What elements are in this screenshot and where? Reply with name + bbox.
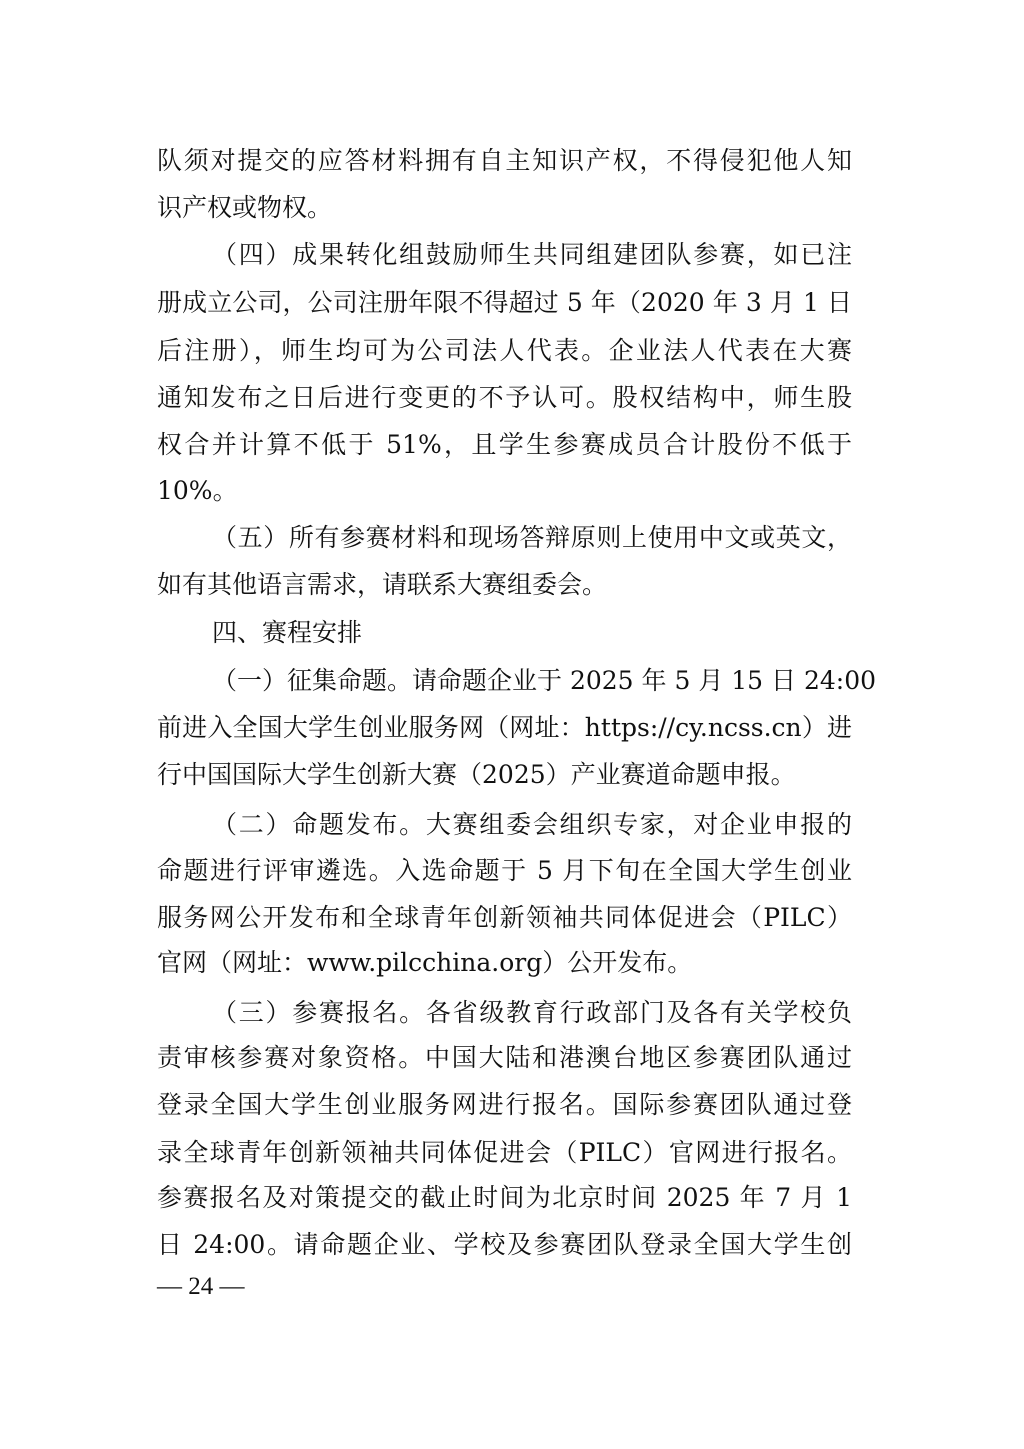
text-line: 官网（网址：www.pilcchina.org）公开发布。 — [157, 946, 852, 980]
schedule-item-2-start: （二）命题发布。大赛组委会组织专家，对企业申报的 — [212, 808, 852, 842]
text-line: 识产权或物权。 — [157, 191, 852, 225]
text-line: 权合并计算不低于 51%，且学生参赛成员合计股份不低于 — [157, 428, 852, 462]
text-line: 登录全国大学生创业服务网进行报名。国际参赛团队通过登 — [157, 1088, 852, 1122]
text-line: 服务网公开发布和全球青年创新领袖共同体促进会（PILC） — [157, 901, 852, 935]
schedule-item-3-start: （三）参赛报名。各省级教育行政部门及各有关学校负 — [212, 996, 852, 1030]
text-line: 册成立公司，公司注册年限不得超过 5 年（2020 年 3 月 1 日 — [157, 286, 852, 320]
text-line: 后注册），师生均可为公司法人代表。企业法人代表在大赛 — [157, 334, 852, 368]
section-heading: 四、赛程安排 — [212, 616, 852, 650]
document-page: 队须对提交的应答材料拥有自主知识产权，不得侵犯他人知 识产权或物权。 （四）成果… — [0, 0, 1024, 1449]
text-line: 命题进行评审遴选。入选命题于 5 月下旬在全国大学生创业 — [157, 854, 852, 888]
text-line: 10%。 — [157, 474, 852, 508]
text-line: 如有其他语言需求，请联系大赛组委会。 — [157, 568, 852, 602]
paragraph-5-start: （五）所有参赛材料和现场答辩原则上使用中文或英文， — [212, 521, 852, 555]
page-number: — 24 — — [157, 1270, 245, 1304]
paragraph-4-start: （四）成果转化组鼓励师生共同组建团队参赛，如已注 — [212, 238, 852, 272]
text-line: 日 24:00。请命题企业、学校及参赛团队登录全国大学生创 — [157, 1228, 852, 1262]
text-line: 录全球青年创新领袖共同体促进会（PILC）官网进行报名。 — [157, 1136, 852, 1170]
text-line: 责审核参赛对象资格。中国大陆和港澳台地区参赛团队通过 — [157, 1041, 852, 1075]
schedule-item-1-start: （一）征集命题。请命题企业于 2025 年 5 月 15 日 24:00 — [212, 664, 852, 698]
text-line: 行中国国际大学生创新大赛（2025）产业赛道命题申报。 — [157, 758, 852, 792]
text-line: 前进入全国大学生创业服务网（网址：https://cy.ncss.cn）进 — [157, 711, 852, 745]
text-line: 参赛报名及对策提交的截止时间为北京时间 2025 年 7 月 1 — [157, 1181, 852, 1215]
text-line: 队须对提交的应答材料拥有自主知识产权，不得侵犯他人知 — [157, 144, 852, 178]
text-line: 通知发布之日后进行变更的不予认可。股权结构中，师生股 — [157, 381, 852, 415]
